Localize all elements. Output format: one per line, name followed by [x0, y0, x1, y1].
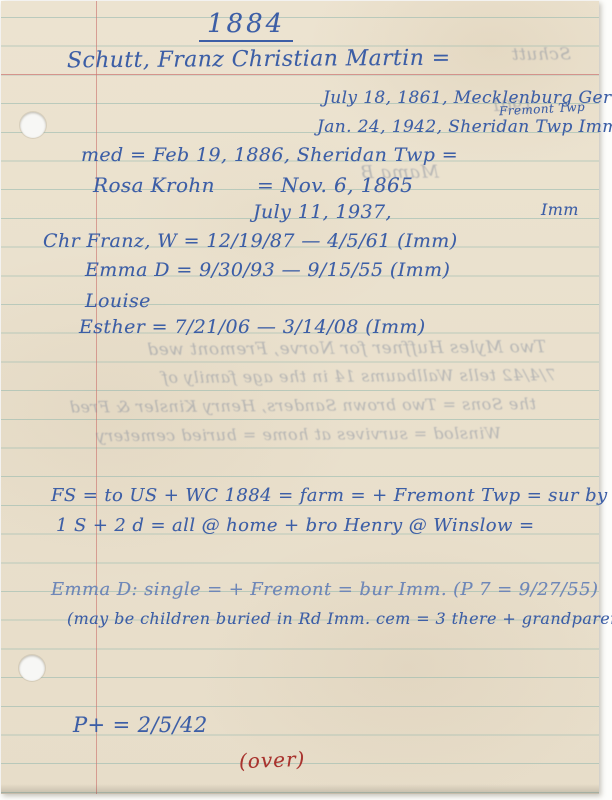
- bleedthrough-line: 7/4/42 tells Wallbaums 14 in the age fam…: [56, 365, 556, 387]
- spouse-death-date: July 11, 1937,: [253, 201, 392, 223]
- child-line: Esther = 7/21/06 — 3/14/08 (Imm): [79, 316, 426, 338]
- research-note: FS = to US + WC 1884 = farm = + Fremont …: [51, 485, 608, 506]
- spouse-name: Rosa Krohn: [93, 173, 215, 197]
- bleedthrough-line: Two Myles Huffner for Norve, Fremont wed: [56, 337, 546, 360]
- scanned-ledger-page: Two Myles Huffner for Norve, Fremont wed…: [0, 0, 612, 800]
- over-note-red: (over): [239, 747, 306, 773]
- scan-edge-shadow: [1, 784, 599, 794]
- red-top-margin-line: [1, 74, 599, 75]
- research-note: P+ = 2/5/42: [73, 713, 208, 737]
- bleedthrough-line: Schutt: [441, 45, 571, 66]
- notebook-paper: Two Myles Huffner for Norve, Fremont wed…: [1, 1, 599, 794]
- entry-name-line: Schutt, Franz Christian Martin =: [67, 46, 451, 74]
- research-note: Emma D: single = + Fremont = bur Imm. (P…: [51, 579, 598, 600]
- marriage-date-line: med = Feb 19, 1886, Sheridan Twp =: [81, 144, 458, 166]
- punch-hole-bottom: [19, 655, 45, 681]
- spouse-birth-date: = Nov. 6, 1865: [257, 173, 413, 197]
- research-note: 1 S + 2 d = all @ home + bro Henry @ Win…: [56, 515, 534, 536]
- child-line: Emma D = 9/30/93 — 9/15/55 (Imm): [85, 259, 450, 281]
- research-note: (may be children buried in Rd Imm. cem =…: [67, 609, 612, 628]
- child-line: Louise: [85, 290, 151, 312]
- cemetery-abbreviation: Imm: [541, 200, 579, 219]
- child-line: Chr Franz, W = 12/19/87 — 4/5/61 (Imm): [43, 230, 458, 252]
- year-heading: 1884: [199, 9, 293, 42]
- punch-hole-top: [20, 112, 46, 138]
- spouse-line: Rosa Krohn= Nov. 6, 1865: [93, 173, 413, 197]
- bleedthrough-line: the Sons = Two brown Sanders, Henry Kins…: [56, 394, 536, 416]
- death-date-line: Jan. 24, 1942, Sheridan Twp Imm: [317, 117, 612, 137]
- bleedthrough-line: Winslod = survives at home = buried ceme…: [81, 424, 501, 446]
